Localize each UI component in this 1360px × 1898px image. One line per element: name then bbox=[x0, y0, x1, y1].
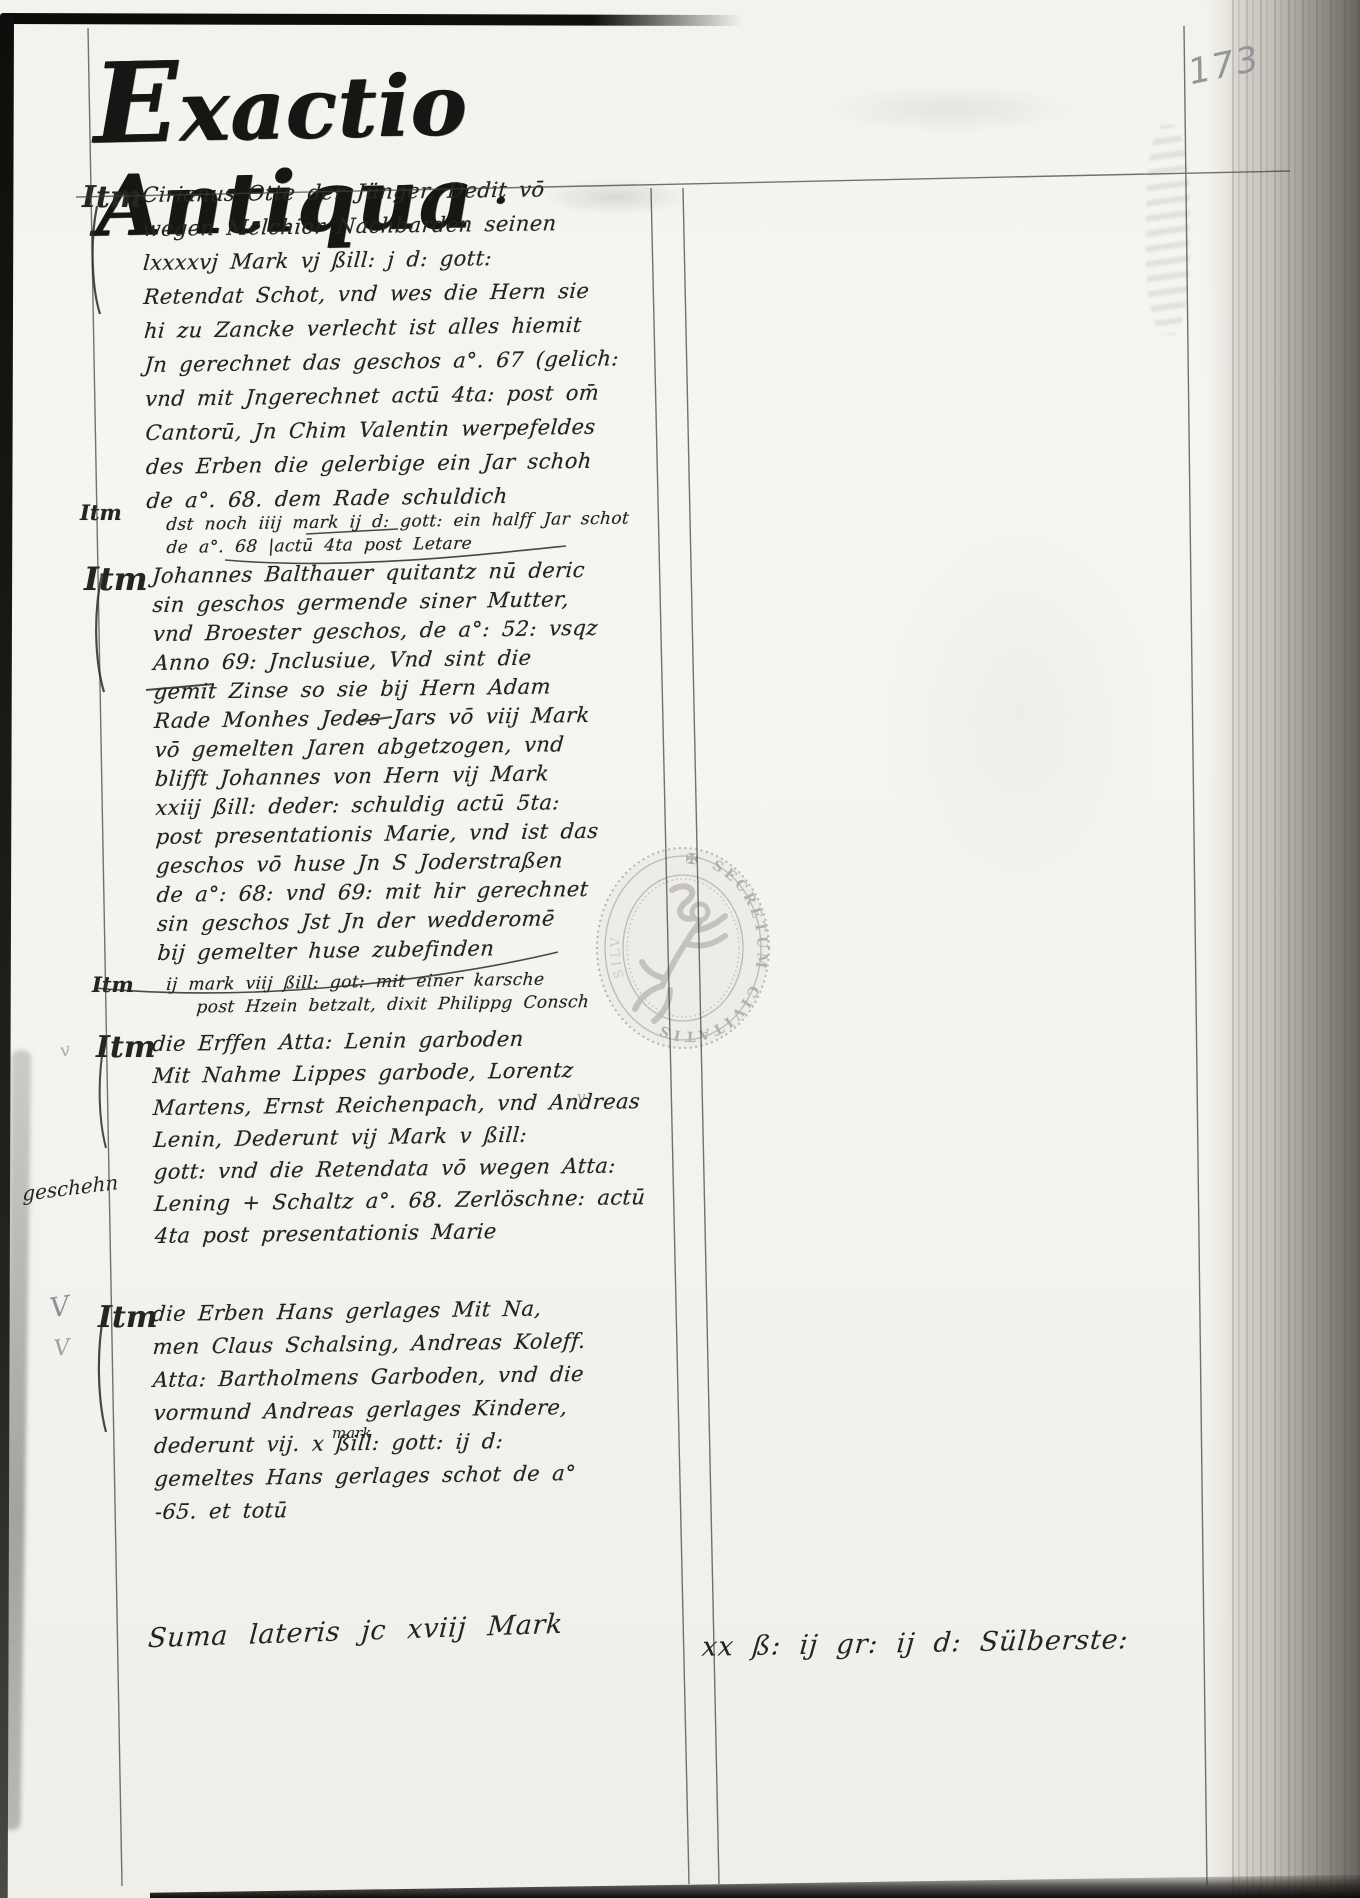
manuscript-line: -65. et totū bbox=[154, 1490, 588, 1529]
archive-seal-stamp: ✠ SECRETUM CIVITATIS SILV bbox=[588, 838, 778, 1058]
ledger-entry-1-addendum: dst noch iiij mark ij d: gott: ein halff… bbox=[166, 508, 597, 560]
ledger-entry-2: Johannes Balthauer quitantz nū dericsin … bbox=[152, 556, 586, 968]
item-marker: Itm bbox=[80, 500, 122, 525]
item-marker: Itm bbox=[92, 972, 134, 997]
item-marker: Itm bbox=[82, 180, 142, 215]
ledger-entry-3: ij mark viij ßill: got: mit einer karsch… bbox=[166, 968, 607, 1020]
pencil-smudge bbox=[1146, 125, 1190, 335]
scan-edge-top bbox=[0, 13, 742, 26]
manuscript-line: post Hzein betzalt, dixit Philippg Consc… bbox=[196, 991, 608, 1020]
book-binding-edge bbox=[1232, 0, 1360, 1898]
paper-stain bbox=[880, 500, 1160, 930]
margin-note: geschehn bbox=[22, 1170, 118, 1206]
item-marker: Itm bbox=[96, 1030, 156, 1065]
manuscript-line: bij gemelter huse zubefinden bbox=[156, 933, 586, 968]
manuscript-line: 4ta post presentationis Marie bbox=[154, 1214, 594, 1252]
margin-checkmark: V bbox=[53, 1335, 71, 1362]
margin-checkmark: v bbox=[58, 1039, 72, 1062]
summary-total-left: Suma lateris jc xviij Mark bbox=[147, 1609, 564, 1655]
interline-insertion: mark bbox=[332, 1424, 371, 1442]
item-marker: Itm bbox=[98, 1300, 158, 1335]
margin-checkmark: v bbox=[577, 1088, 585, 1106]
summary-total-right: xx ß: ij gr: ij d: Sülberste: bbox=[701, 1624, 1130, 1662]
seal-cross: ✠ bbox=[685, 851, 701, 868]
ink-bleedthrough-stain bbox=[820, 85, 1080, 133]
scan-edge-bottom bbox=[150, 1872, 1360, 1898]
ledger-entry-4: die Erffen Atta: Lenin garbodenMit Nahme… bbox=[152, 1022, 593, 1252]
item-marker: Itm bbox=[84, 560, 148, 598]
ledger-entry-5: die Erben Hans gerlages Mit Na,men Claus… bbox=[152, 1292, 587, 1529]
manuscript-line: de a°. 68 |actū 4ta post Letare bbox=[166, 531, 598, 560]
ledger-entry-1: Cirianus Otte der Jünger, Dedit vōwegen … bbox=[142, 172, 585, 518]
margin-checkmark: V bbox=[48, 1291, 72, 1325]
